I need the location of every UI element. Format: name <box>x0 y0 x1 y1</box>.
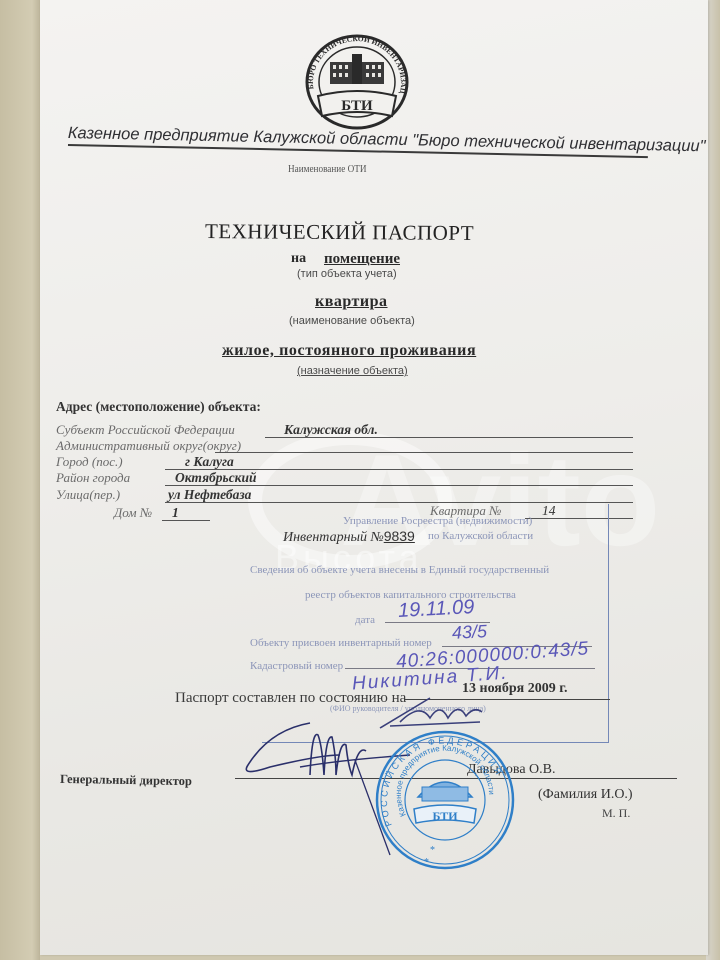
field-label-street: Улица(пер.) <box>56 487 120 503</box>
organization-caption: Наименование ОТИ <box>288 164 367 175</box>
field-value-house: 1 <box>172 505 179 521</box>
object-name: квартира <box>315 293 388 311</box>
document-title: ТЕХНИЧЕСКИЙ ПАСПОРТ <box>205 219 474 246</box>
field-value-city-district: Октябрьский <box>175 470 257 486</box>
object-purpose-caption: (назначение объекта) <box>297 365 408 377</box>
seal-place-label: М. П. <box>602 806 630 821</box>
field-line <box>215 452 633 453</box>
field-value-street: ул Нефтебаза <box>168 487 251 503</box>
svg-text:БТИ: БТИ <box>341 98 373 114</box>
object-purpose: жилое, постоянного проживания <box>222 342 476 360</box>
field-line <box>165 502 633 503</box>
object-type: помещение <box>324 251 400 268</box>
stamp-line-1: Управление Росреестра (недвижимости) <box>343 515 532 527</box>
stamp-line-2: по Калужской области <box>428 530 533 542</box>
on-label: на <box>291 251 306 267</box>
field-line <box>162 520 210 521</box>
object-name-caption: (наименование объекта) <box>289 315 415 327</box>
stamp-cadastral-label: Кадастровый номер <box>250 660 343 672</box>
stamp-date-label: дата <box>355 614 375 626</box>
stamp-date-value: 19.11.09 <box>397 596 474 623</box>
field-line <box>165 485 633 486</box>
field-line <box>265 437 633 438</box>
field-label-house: Дом № <box>114 505 152 521</box>
field-label-city: Город (пос.) <box>56 454 123 470</box>
svg-text:БТИ: БТИ <box>432 809 458 823</box>
field-value-city: г Калуга <box>185 454 234 470</box>
stamp-inventory-label: Объекту присвоен инвентарный номер <box>250 637 432 649</box>
stamp-inventory-value: 43/5 <box>451 621 487 644</box>
stamp-line-3: Сведения об объекте учета внесены в Един… <box>250 564 549 576</box>
bti-logo: БЮРО ТЕХНИЧЕСКОЙ ИНВЕНТАРИЗАЦИИ БТИ <box>292 30 422 130</box>
svg-text:*: * <box>424 857 429 868</box>
field-label-district: Административный округ(округ) <box>56 438 241 454</box>
field-label-subject: Субъект Российской Федерации <box>56 422 235 438</box>
object-type-caption: (тип объекта учета) <box>297 268 397 280</box>
address-heading: Адрес (местоположение) объекта: <box>56 399 261 415</box>
field-label-city-district: Район города <box>56 470 130 486</box>
director-position: Генеральный директор <box>60 772 192 789</box>
director-name-caption: (Фамилия И.О.) <box>538 787 633 803</box>
round-seal: РОССИЙСКАЯ ФЕДЕРАЦИЯ Казенное предприяти… <box>370 725 520 875</box>
field-value-subject: Калужская обл. <box>284 422 378 438</box>
desk-background <box>0 0 40 960</box>
desk-background-right <box>706 0 720 960</box>
svg-text:*: * <box>430 845 435 856</box>
